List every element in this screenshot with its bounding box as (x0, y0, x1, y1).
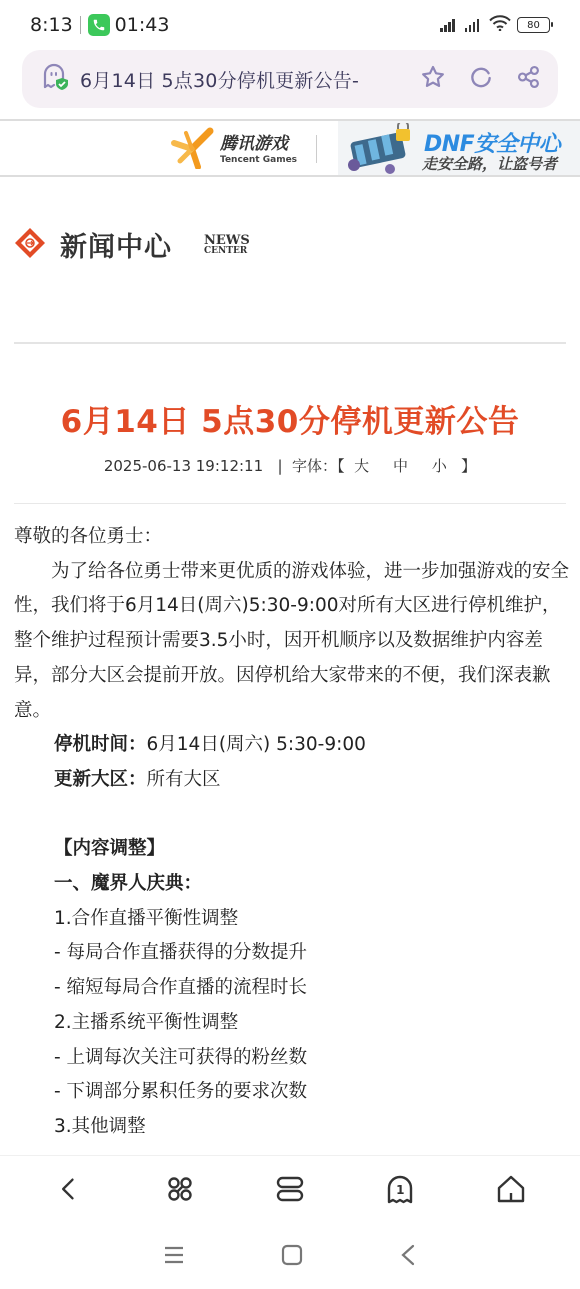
ghost-tabs-button[interactable]: 1 (370, 1166, 430, 1216)
region-label: 更新大区： (54, 769, 147, 790)
ghost-tab-icon: 1 (385, 1175, 415, 1207)
intro-paragraph: 为了给各位勇士带来更优质的游戏体验，进一步加强游戏的安全性，我们将于6月14日(… (14, 555, 570, 729)
phone-call-icon[interactable] (88, 14, 110, 36)
meta-separator: | (277, 457, 282, 475)
list-item: 2.主播系统平衡性调整 (14, 1006, 570, 1041)
font-size-small-link[interactable]: 小 (432, 457, 447, 475)
downtime-label: 停机时间： (54, 734, 147, 755)
section-divider (14, 342, 566, 344)
news-center-header: 新闻中心 NEWS CENTER (14, 225, 250, 264)
tencent-en-label: Tencent Games (220, 156, 297, 165)
page-title-address[interactable]: 6月14日 5点30分停机更新公告- (80, 66, 420, 93)
star-icon[interactable] (420, 64, 446, 94)
command-icon (165, 1174, 195, 1208)
font-size-large-link[interactable]: 大 (354, 457, 369, 475)
downtime-line: 停机时间：6月14日(周六) 5:30-9:00 (14, 728, 570, 763)
font-size-medium-link[interactable]: 中 (393, 457, 408, 475)
back-button[interactable] (39, 1166, 99, 1216)
list-item: 1.合作直播平衡性调整 (14, 902, 570, 937)
list-item: 3.其他调整 (14, 1110, 570, 1145)
clock: 8:13 (30, 14, 73, 36)
chevron-left-icon (55, 1175, 83, 1207)
site-banner: 腾讯游戏 Tencent Games DNF安全中心 走安全路，让盗号者 (0, 119, 580, 177)
tabs-list-button[interactable] (260, 1166, 320, 1216)
section-heading: 【内容调整】 (14, 832, 570, 867)
menu-button[interactable] (150, 1166, 210, 1216)
region-value: 所有大区 (147, 769, 221, 790)
tab-count: 1 (385, 1183, 415, 1197)
banner-divider (316, 135, 317, 163)
sub-heading: 一、魔界人庆典： (14, 867, 570, 902)
dnf-security-banner[interactable]: DNF安全中心 走安全路，让盗号者 (338, 121, 580, 175)
battery-level: 80 (527, 20, 540, 31)
list-item: - 下调部分累积任务的要求次数 (14, 1075, 570, 1110)
tencent-star-icon (170, 127, 214, 173)
news-diamond-icon (14, 227, 46, 263)
article-title: 6月14日 5点30分停机更新公告 (0, 396, 580, 441)
list-item: - 上调每次关注可获得的粉丝数 (14, 1041, 570, 1076)
greeting: 尊敬的各位勇士： (14, 520, 570, 555)
system-back-icon[interactable] (399, 1244, 417, 1270)
share-icon[interactable] (516, 64, 542, 94)
home-button[interactable] (481, 1166, 541, 1216)
recents-menu-icon[interactable] (163, 1245, 185, 1269)
tencent-cn-label: 腾讯游戏 (220, 136, 297, 153)
font-size-label: 字体： (292, 457, 337, 475)
news-center-title: 新闻中心 (60, 225, 172, 264)
bracket-open: 【 (337, 457, 345, 475)
article-meta: 2025-06-13 19:12:11 | 字体：【 大 中 小 】 (0, 455, 580, 476)
stacked-rows-icon (275, 1174, 305, 1208)
browser-toolbar: 1 (0, 1155, 580, 1225)
list-item: - 缩短每局合作直播的流程时长 (14, 971, 570, 1006)
dnf-subtitle: 走安全路，让盗号者 (422, 153, 557, 174)
region-line: 更新大区：所有大区 (14, 763, 570, 798)
cellular-signal-icon-2 (465, 18, 480, 32)
publish-date: 2025-06-13 19:12:11 (104, 457, 263, 475)
call-duration: 01:43 (115, 14, 170, 36)
system-home-icon[interactable] (281, 1244, 303, 1270)
home-icon (496, 1174, 526, 1208)
meta-divider (14, 503, 566, 504)
list-item: - 每局合作直播获得的分数提升 (14, 936, 570, 971)
bracket-close: 】 (461, 457, 476, 475)
status-separator (80, 16, 81, 34)
tencent-games-logo[interactable]: 腾讯游戏 Tencent Games (170, 127, 297, 173)
news-center-en: NEWS CENTER (204, 234, 250, 256)
system-navigation-bar (0, 1225, 580, 1289)
battery-icon: 80 (517, 17, 550, 33)
news-en-line2: CENTER (204, 247, 250, 256)
downtime-value: 6月14日(周六) 5:30-9:00 (147, 734, 366, 755)
cellular-signal-icon (440, 18, 455, 32)
address-bar[interactable]: 6月14日 5点30分停机更新公告- (22, 50, 558, 108)
article-body: 尊敬的各位勇士： 为了给各位勇士带来更优质的游戏体验，进一步加强游戏的安全性，我… (14, 520, 570, 1145)
wifi-icon (489, 15, 511, 35)
news-en-line1: NEWS (204, 234, 250, 247)
secure-ghost-icon[interactable] (40, 62, 70, 96)
treasure-chest-lock-icon (342, 123, 422, 177)
status-bar: 8:13 01:43 80 (0, 0, 580, 50)
refresh-icon[interactable] (468, 64, 494, 94)
